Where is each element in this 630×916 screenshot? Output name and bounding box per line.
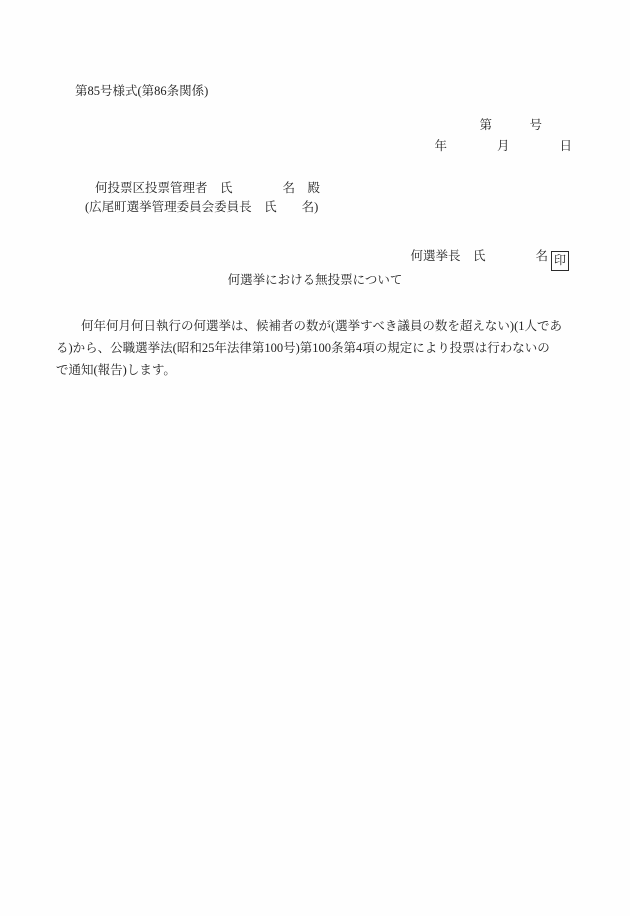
sender-name-text: 何選挙長 氏 名 xyxy=(411,249,549,263)
body-line: る)から、公職選挙法(昭和25年法律第100号)第100条第4項の規定により投票… xyxy=(56,337,566,359)
seal-label: 印 xyxy=(554,254,566,268)
body-line: で通知(報告)します。 xyxy=(56,359,566,381)
doc-number-line: 第 号 xyxy=(479,118,542,132)
document-title: 何選挙における無投票について xyxy=(0,273,630,287)
addressee-polling-manager-line: 何投票区投票管理者 氏 名 殿 xyxy=(95,181,320,195)
form-number: 第85号様式(第86条関係) xyxy=(75,84,208,98)
body-line: 何年何月何日執行の何選挙は、候補者の数が(選挙すべき議員の数を超えない)(1人で… xyxy=(56,315,566,337)
seal-box: 印 xyxy=(551,251,569,271)
addressee-election-committee-chair-line: (広尾町選挙管理委員会委員長 氏 名) xyxy=(85,200,318,214)
body-paragraph: 何年何月何日執行の何選挙は、候補者の数が(選挙すべき議員の数を超えない)(1人で… xyxy=(56,315,566,381)
date-line: 年 月 日 xyxy=(434,139,572,153)
document-page: 第85号様式(第86条関係) 第 号 年 月 日 何投票区投票管理者 氏 名 殿… xyxy=(0,0,630,916)
